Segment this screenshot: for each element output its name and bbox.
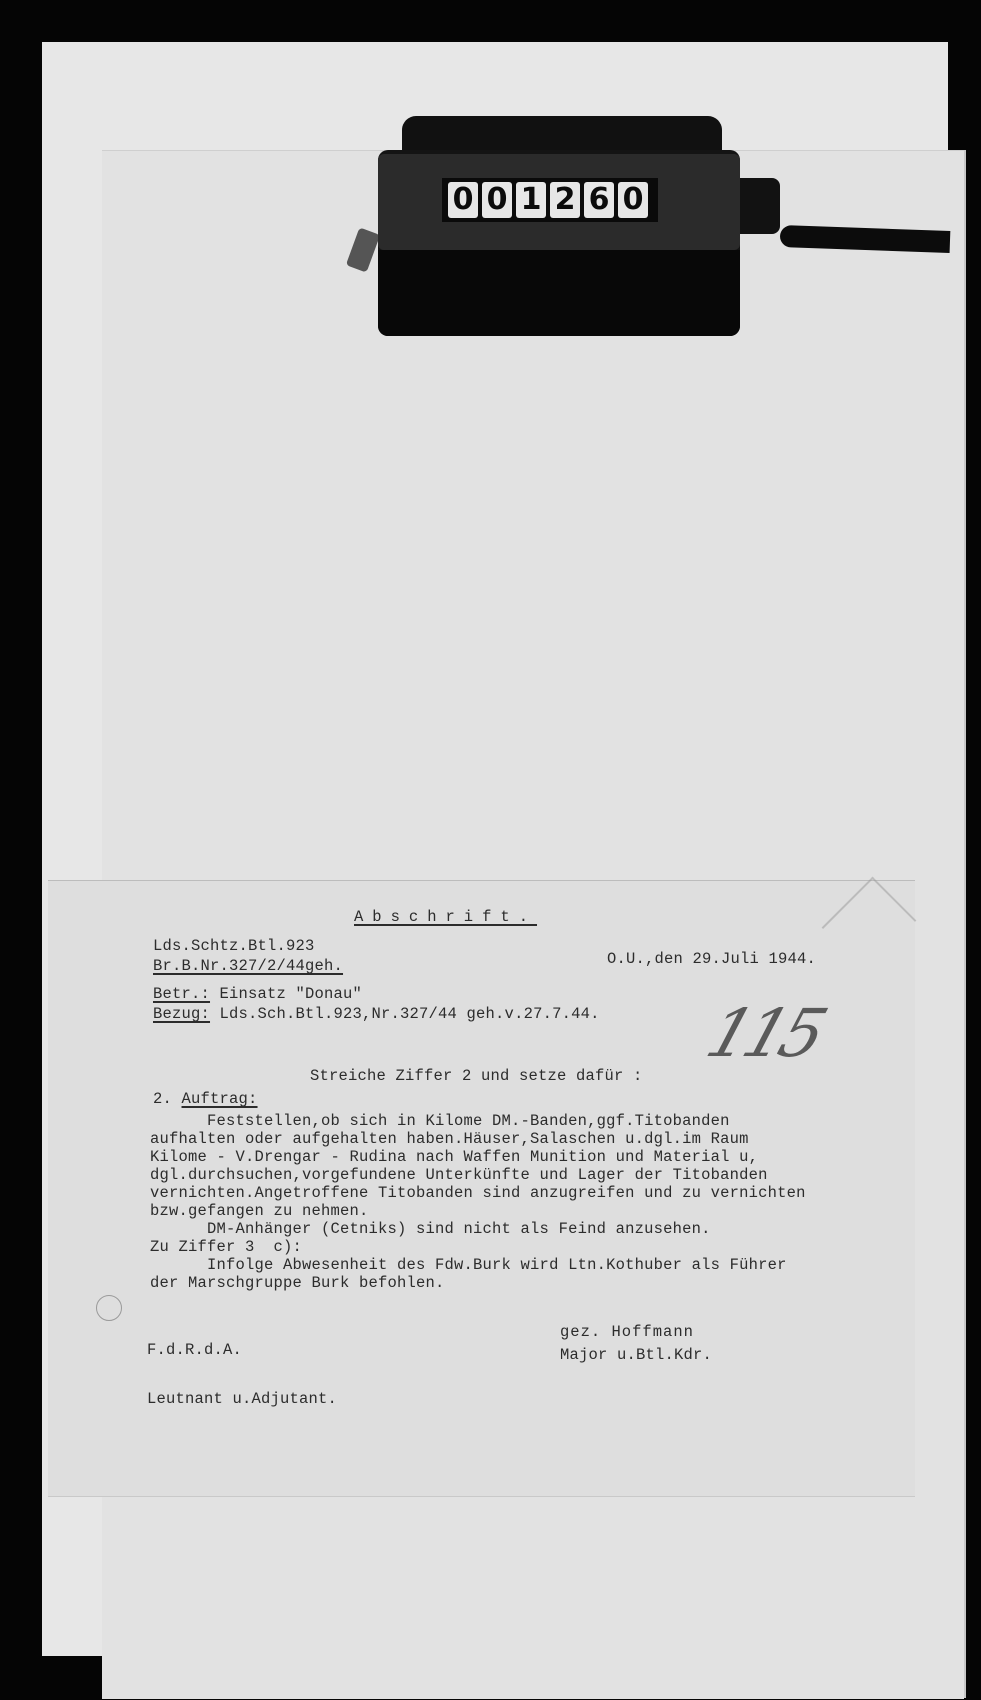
subject-label: Betr.: bbox=[153, 985, 210, 1003]
body-line: bzw.gefangen zu nehmen. bbox=[150, 1202, 806, 1220]
body-line: Zu Ziffer 3 c): bbox=[150, 1238, 806, 1256]
certification-note: F.d.R.d.A. bbox=[147, 1341, 242, 1359]
body-line: Feststellen,ob sich in Kilome DM.-Banden… bbox=[150, 1112, 806, 1130]
signature-name: gez. Hoffmann bbox=[560, 1323, 694, 1341]
punch-hole bbox=[96, 1295, 122, 1321]
frame-counter: 0 0 1 2 6 0 bbox=[378, 116, 750, 336]
sender-unit: Lds.Schtz.Btl.923 bbox=[153, 937, 315, 955]
counter-display: 0 0 1 2 6 0 bbox=[442, 178, 658, 222]
subject-text: Einsatz "Donau" bbox=[210, 985, 362, 1003]
subject-line: Betr.: Einsatz "Donau" bbox=[153, 985, 362, 1003]
counter-digit: 1 bbox=[516, 182, 546, 218]
reference-line: Bezug: Lds.Sch.Btl.923,Nr.327/44 geh.v.2… bbox=[153, 1005, 600, 1023]
section-heading: 2. Auftrag: bbox=[153, 1090, 258, 1108]
body-line: DM-Anhänger (Cetniks) sind nicht als Fei… bbox=[150, 1220, 806, 1238]
signature-rank: Major u.Btl.Kdr. bbox=[560, 1346, 712, 1364]
counter-knob bbox=[740, 178, 780, 234]
document-title: Abschrift. bbox=[354, 908, 537, 926]
counter-digit: 2 bbox=[550, 182, 580, 218]
body-line: aufhalten oder aufgehalten haben.Häuser,… bbox=[150, 1130, 806, 1148]
instruction-line: Streiche Ziffer 2 und setze dafür : bbox=[310, 1067, 643, 1085]
reference-label: Bezug: bbox=[153, 1005, 210, 1023]
body-line: vernichten.Angetroffene Titobanden sind … bbox=[150, 1184, 806, 1202]
body-line: der Marschgruppe Burk befohlen. bbox=[150, 1274, 806, 1292]
counter-digit: 0 bbox=[618, 182, 648, 218]
body-line: dgl.durchsuchen,vorgefundene Unterkünfte… bbox=[150, 1166, 806, 1184]
page-edge bbox=[964, 150, 966, 1698]
counter-digit: 6 bbox=[584, 182, 614, 218]
place-date: O.U.,den 29.Juli 1944. bbox=[607, 950, 816, 968]
counter-digit: 0 bbox=[482, 182, 512, 218]
reference-text: Lds.Sch.Btl.923,Nr.327/44 geh.v.27.7.44. bbox=[210, 1005, 600, 1023]
order-body: Feststellen,ob sich in Kilome DM.-Banden… bbox=[150, 1112, 806, 1292]
reference-number: Br.B.Nr.327/2/44geh. bbox=[153, 957, 343, 975]
body-line: Kilome - V.Drengar - Rudina nach Waffen … bbox=[150, 1148, 806, 1166]
body-line: Infolge Abwesenheit des Fdw.Burk wird Lt… bbox=[150, 1256, 806, 1274]
section-number: 2. bbox=[153, 1090, 182, 1108]
counter-digit: 0 bbox=[448, 182, 478, 218]
section-title: Auftrag: bbox=[182, 1090, 258, 1108]
adjutant-line: Leutnant u.Adjutant. bbox=[147, 1390, 337, 1408]
